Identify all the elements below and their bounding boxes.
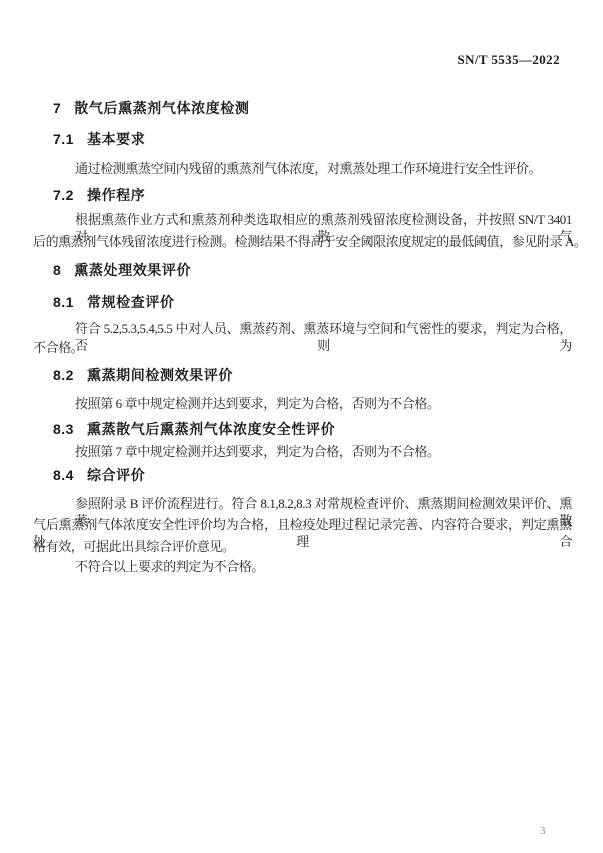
clause-7-1-number: 7.1 xyxy=(53,131,74,148)
clause-7-number: 7 xyxy=(53,100,61,117)
clause-7-2-paragraph-line: 根据熏蒸作业方式和熏蒸剂种类选取相应的熏蒸剂残留浓度检测设备，并按照 SN/T … xyxy=(33,211,572,228)
clause-7-1-title: 基本要求 xyxy=(87,131,145,147)
clause-8-4-paragraph-line: 格有效，可据此出具综合评价意见。 xyxy=(33,538,572,555)
page-number: 3 xyxy=(540,825,546,837)
clause-8-title: 熏蒸处理效果评价 xyxy=(74,262,191,278)
clause-8-number: 8 xyxy=(53,262,61,279)
clause-7-heading: 7散气后熏蒸剂气体浓度检测 xyxy=(53,100,250,117)
clause-8-1-paragraph-line: 符合 5.2,5.3,5.4,5.5 中对人员、熏蒸药剂、熏蒸环境与空间和气密性… xyxy=(33,320,572,337)
clause-7-1-paragraph-line: 通过检测熏蒸空间内残留的熏蒸剂气体浓度，对熏蒸处理工作环境进行安全性评价。 xyxy=(33,160,572,177)
clause-8-4-paragraph-line: 气后熏蒸剂气体浓度安全性评价均为合格，且检疫处理过程记录完善、内容符合要求，判定… xyxy=(33,516,572,533)
clause-8-3-paragraph-line: 按照第 7 章中规定检测并达到要求，判定为合格，否则为不合格。 xyxy=(33,443,572,460)
clause-8-4-heading: 8.4综合评价 xyxy=(53,467,145,484)
clause-8-2-number: 8.2 xyxy=(53,367,74,384)
clause-8-1-number: 8.1 xyxy=(53,294,74,311)
clause-8-4-number: 8.4 xyxy=(53,467,74,484)
clause-7-2-title: 操作程序 xyxy=(87,187,145,203)
clause-8-2-title: 熏蒸期间检测效果评价 xyxy=(87,367,233,383)
clause-8-3-number: 8.3 xyxy=(53,421,74,438)
clause-8-4-title: 综合评价 xyxy=(87,467,145,483)
clause-8-3-heading: 8.3熏蒸散气后熏蒸剂气体浓度安全性评价 xyxy=(53,421,335,438)
clause-7-2-paragraph-line: 后的熏蒸剂气体残留浓度进行检测。检测结果不得高于安全阈限浓度规定的最低阈值，参见… xyxy=(33,233,572,250)
document-page: SN/T 5535—2022 7散气后熏蒸剂气体浓度检测 7.1基本要求 通过检… xyxy=(0,0,603,853)
clause-7-2-heading: 7.2操作程序 xyxy=(53,187,145,204)
clause-8-heading: 8熏蒸处理效果评价 xyxy=(53,262,191,279)
clause-8-4-paragraph-line: 参照附录 B 评价流程进行。符合 8.1,8.2,8.3 对常规检查评价、熏蒸期… xyxy=(33,495,572,512)
clause-8-1-title: 常规检查评价 xyxy=(87,294,175,310)
clause-8-1-paragraph-line: 不合格。 xyxy=(33,339,572,356)
clause-7-2-number: 7.2 xyxy=(53,187,74,204)
clause-8-2-heading: 8.2熏蒸期间检测效果评价 xyxy=(53,367,233,384)
clause-7-title: 散气后熏蒸剂气体浓度检测 xyxy=(74,100,249,116)
standard-code-header: SN/T 5535—2022 xyxy=(457,52,560,68)
clause-8-3-title: 熏蒸散气后熏蒸剂气体浓度安全性评价 xyxy=(87,421,335,437)
clause-8-4-final-paragraph-line: 不符合以上要求的判定为不合格。 xyxy=(33,558,572,575)
clause-7-1-heading: 7.1基本要求 xyxy=(53,131,145,148)
clause-8-2-paragraph-line: 按照第 6 章中规定检测并达到要求，判定为合格，否则为不合格。 xyxy=(33,395,572,412)
clause-8-1-heading: 8.1常规检查评价 xyxy=(53,294,175,311)
